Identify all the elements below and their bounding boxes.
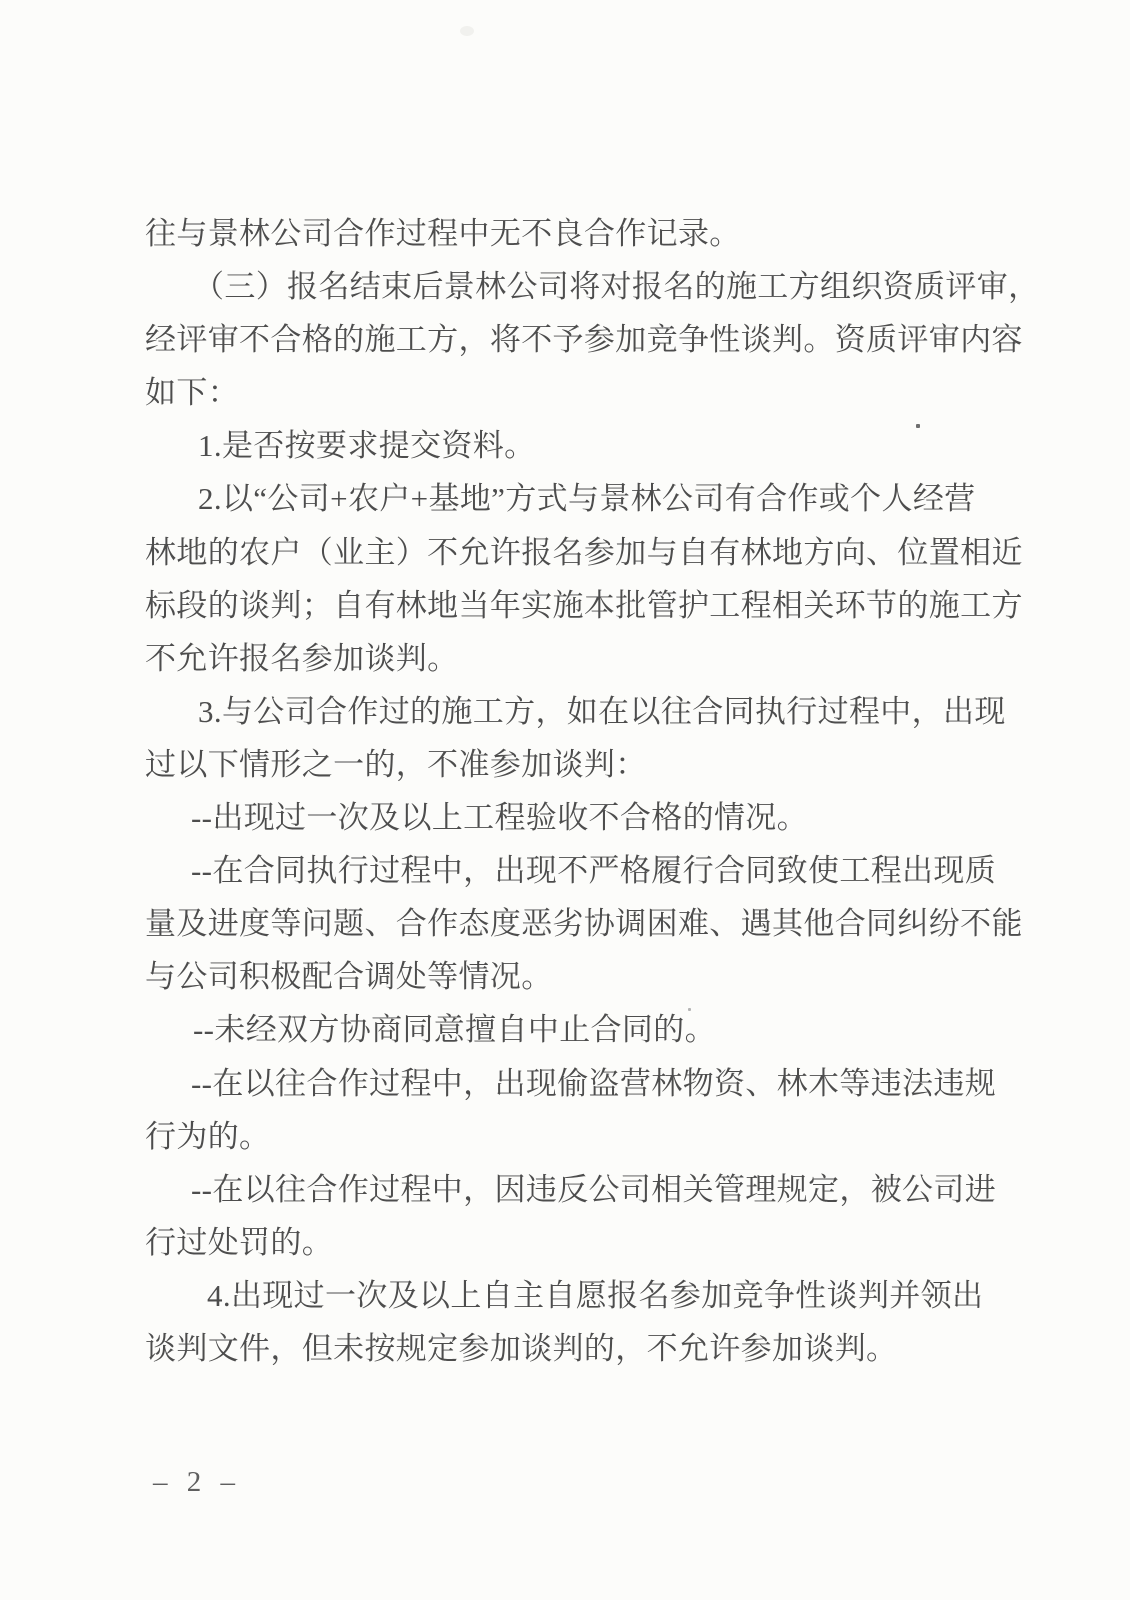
text-line: 行过处罚的。 [145,1216,997,1269]
page-number: – 2 – [153,1466,241,1499]
text-line: 3.与公司合作过的施工方，如在以往合同执行过程中，出现 [145,685,997,738]
document-body: 往与景林公司合作过程中无不良合作记录。（三）报名结束后景林公司将对报名的施工方组… [145,207,997,1375]
text-line: 往与景林公司合作过程中无不良合作记录。 [145,207,997,260]
text-line: 行为的。 [145,1110,997,1163]
text-line: 过以下情形之一的，不准参加谈判： [145,738,997,791]
scan-smudge [460,26,474,36]
text-line: 如下： [145,366,997,419]
text-line: --出现过一次及以上工程验收不合格的情况。 [145,791,997,844]
text-line: 量及进度等问题、合作态度恶劣协调困难、遇其他合同纠纷不能 [145,897,997,950]
text-line: --在以往合作过程中，出现偷盗营林物资、林木等违法违规 [145,1057,997,1110]
text-line: （三）报名结束后景林公司将对报名的施工方组织资质评审， [145,260,997,313]
text-line: 与公司积极配合调处等情况。 [145,950,997,1003]
text-line: 经评审不合格的施工方，将不予参加竞争性谈判。资质评审内容 [145,313,997,366]
scan-speck [916,424,920,428]
text-line: 2.以“公司+农户+基地”方式与景林公司有合作或个人经营 [145,472,997,525]
text-line: 林地的农户（业主）不允许报名参加与自有林地方向、位置相近 [145,526,997,579]
text-line: --未经双方协商同意擅自中止合同的。 [145,1003,997,1056]
text-line: --在合同执行过程中，出现不严格履行合同致使工程出现质 [145,844,997,897]
text-line: 不允许报名参加谈判。 [145,632,997,685]
text-line: 标段的谈判；自有林地当年实施本批管护工程相关环节的施工方 [145,579,997,632]
scan-speck [688,1008,691,1011]
document-page: 往与景林公司合作过程中无不良合作记录。（三）报名结束后景林公司将对报名的施工方组… [0,0,1130,1600]
text-line: 谈判文件，但未按规定参加谈判的，不允许参加谈判。 [145,1322,997,1375]
text-line: 4.出现过一次及以上自主自愿报名参加竞争性谈判并领出 [145,1269,997,1322]
text-line: 1.是否按要求提交资料。 [145,419,997,472]
text-line: --在以往合作过程中，因违反公司相关管理规定，被公司进 [145,1163,997,1216]
